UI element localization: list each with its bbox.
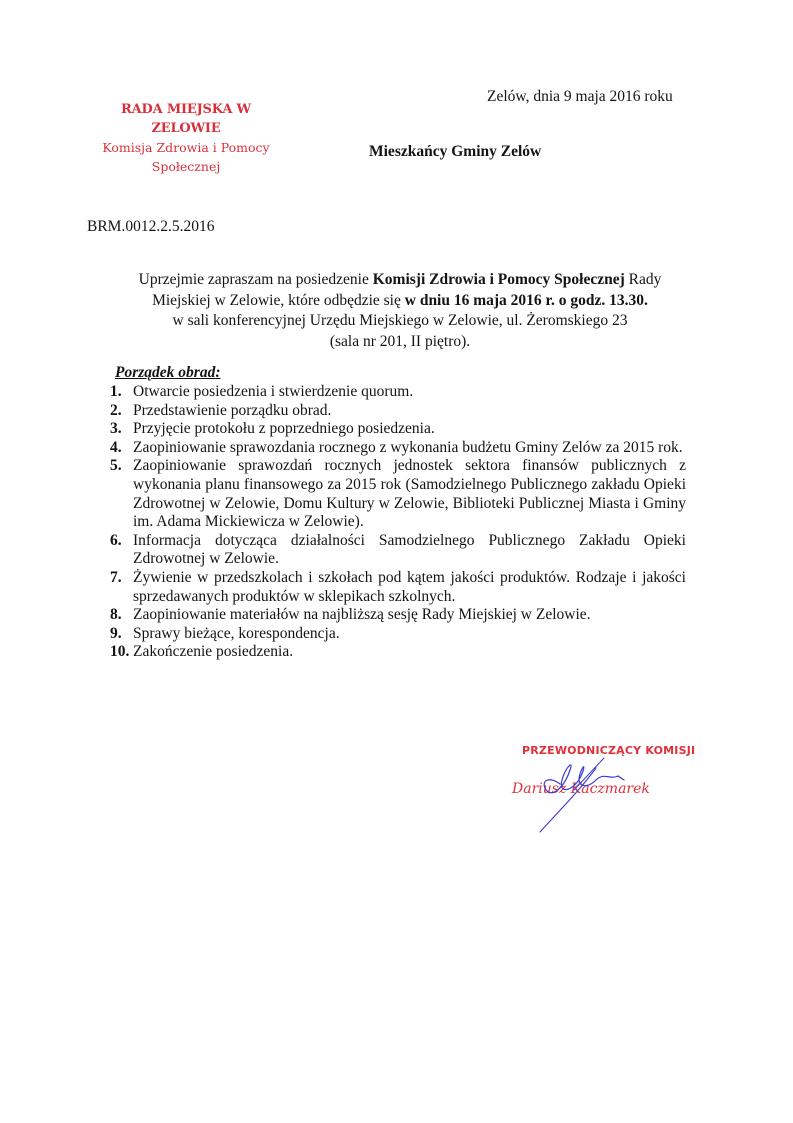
intro-text: Uprzejmie zapraszam na posiedzenie: [139, 271, 373, 288]
agenda-item-text: Zaopiniowanie sprawozdań rocznych jednos…: [133, 457, 686, 531]
agenda-item-number: 2.: [110, 402, 122, 421]
agenda-item-number: 4.: [110, 439, 122, 458]
agenda-item-number: 3.: [110, 420, 122, 439]
agenda-item: 9.Sprawy bieżące, korespondencja.: [110, 625, 686, 644]
agenda-item-number: 8.: [110, 606, 122, 625]
agenda-item: 4.Zaopiniowanie sprawozdania rocznego z …: [110, 439, 686, 458]
intro-text: Rady: [625, 271, 662, 288]
committee-name: Komisji Zdrowia i Pomocy Społecznej: [373, 271, 625, 288]
agenda-item-text: Żywienie w przedszkolach i szkołach pod …: [133, 569, 686, 606]
agenda-title: Porządek obrad:: [115, 364, 220, 382]
agenda-item-number: 9.: [110, 625, 122, 644]
agenda-item: 7.Żywienie w przedszkolach i szkołach po…: [110, 569, 686, 606]
agenda-item-text: Zaopiniowanie materiałów na najbliższą s…: [133, 606, 686, 625]
agenda-item: 2.Przedstawienie porządku obrad.: [110, 402, 686, 421]
agenda-item-number: 5.: [110, 457, 122, 476]
meeting-datetime: w dniu 16 maja 2016 r. o godz. 13.30.: [405, 292, 648, 309]
council-stamp: RADA MIEJSKA W ZELOWIE Komisja Zdrowia i…: [86, 100, 286, 176]
agenda-item-text: Sprawy bieżące, korespondencja.: [133, 625, 686, 644]
agenda-item: 6.Informacja dotycząca działalności Samo…: [110, 532, 686, 569]
stamp-council-name: RADA MIEJSKA W ZELOWIE: [86, 100, 286, 138]
agenda-item-text: Zakończenie posiedzenia.: [133, 643, 686, 662]
intro-line-2: Miejskiej w Zelowie, które odbędzie się …: [100, 291, 700, 312]
intro-line-1: Uprzejmie zapraszam na posiedzenie Komis…: [100, 270, 700, 291]
agenda-item-text: Zaopiniowanie sprawozdania rocznego z wy…: [133, 439, 686, 458]
stamp-committee-name: Komisja Zdrowia i Pomocy: [86, 138, 286, 157]
agenda-item: 3.Przyjęcie protokołu z poprzedniego pos…: [110, 420, 686, 439]
meeting-room: (sala nr 201, II piętro).: [100, 332, 700, 353]
agenda-item-number: 7.: [110, 569, 122, 588]
agenda-item-text: Przedstawienie porządku obrad.: [133, 402, 686, 421]
agenda-item-number: 6.: [110, 532, 122, 551]
handwritten-signature-icon: [500, 740, 690, 840]
agenda-item: 1.Otwarcie posiedzenia i stwierdzenie qu…: [110, 383, 686, 402]
agenda-item: 8.Zaopiniowanie materiałów na najbliższą…: [110, 606, 686, 625]
agenda-item-number: 1.: [110, 383, 122, 402]
signature-block: PRZEWODNICZĄCY KOMISJI Dariusz Kaczmarek: [500, 740, 690, 840]
agenda-item-text: Otwarcie posiedzenia i stwierdzenie quor…: [133, 383, 686, 402]
meeting-location: w sali konferencyjnej Urzędu Miejskiego …: [100, 311, 700, 332]
reference-number: BRM.0012.2.5.2016: [87, 218, 214, 236]
agenda-item: 10.Zakończenie posiedzenia.: [110, 643, 686, 662]
agenda-item-text: Przyjęcie protokołu z poprzedniego posie…: [133, 420, 686, 439]
agenda-item-text: Informacja dotycząca działalności Samodz…: [133, 532, 686, 569]
addressee: Mieszkańcy Gminy Zelów: [369, 143, 541, 161]
invitation-paragraph: Uprzejmie zapraszam na posiedzenie Komis…: [100, 270, 700, 352]
stamp-committee-name-cont: Społecznej: [86, 157, 286, 176]
agenda-list: 1.Otwarcie posiedzenia i stwierdzenie qu…: [110, 383, 686, 662]
intro-text: Miejskiej w Zelowie, które odbędzie się: [152, 292, 405, 309]
agenda-item-number: 10.: [110, 643, 129, 662]
document-date: Zelów, dnia 9 maja 2016 roku: [487, 88, 673, 106]
agenda-item: 5.Zaopiniowanie sprawozdań rocznych jedn…: [110, 457, 686, 531]
